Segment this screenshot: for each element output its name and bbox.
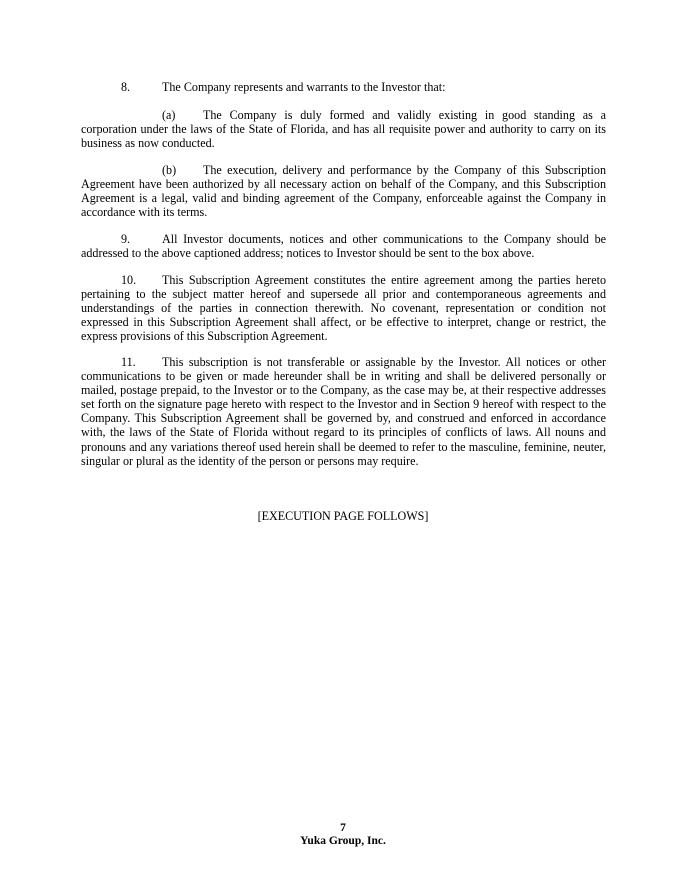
section-number: 8. [121, 80, 130, 94]
section-text: The Company represents and warrants to t… [162, 80, 445, 94]
subsection-label: (b) [162, 163, 203, 177]
section-11: 11.This subscription is not transferable… [81, 355, 606, 468]
section-number: 10. [121, 273, 162, 287]
section-8a: (a)The Company is duly formed and validl… [81, 108, 606, 150]
subsection-text: The execution, delivery and performance … [81, 163, 606, 219]
execution-page-notice: [EXECUTION PAGE FOLLOWS] [0, 509, 686, 523]
footer-company-name: Yuka Group, Inc. [0, 835, 686, 848]
section-10: 10.This Subscription Agreement constitut… [81, 273, 606, 343]
section-number: 9. [121, 232, 162, 246]
section-8: 8. The Company represents and warrants t… [81, 80, 606, 94]
subsection-text: The Company is duly formed and validly e… [81, 108, 606, 150]
subsection-label: (a) [162, 108, 203, 122]
page-number: 7 [0, 822, 686, 835]
section-8b: (b)The execution, delivery and performan… [81, 163, 606, 219]
section-text: This subscription is not transferable or… [81, 355, 606, 468]
section-9: 9.All Investor documents, notices and ot… [81, 232, 606, 260]
document-page: 8. The Company represents and warrants t… [0, 0, 686, 889]
section-number: 11. [121, 355, 162, 369]
